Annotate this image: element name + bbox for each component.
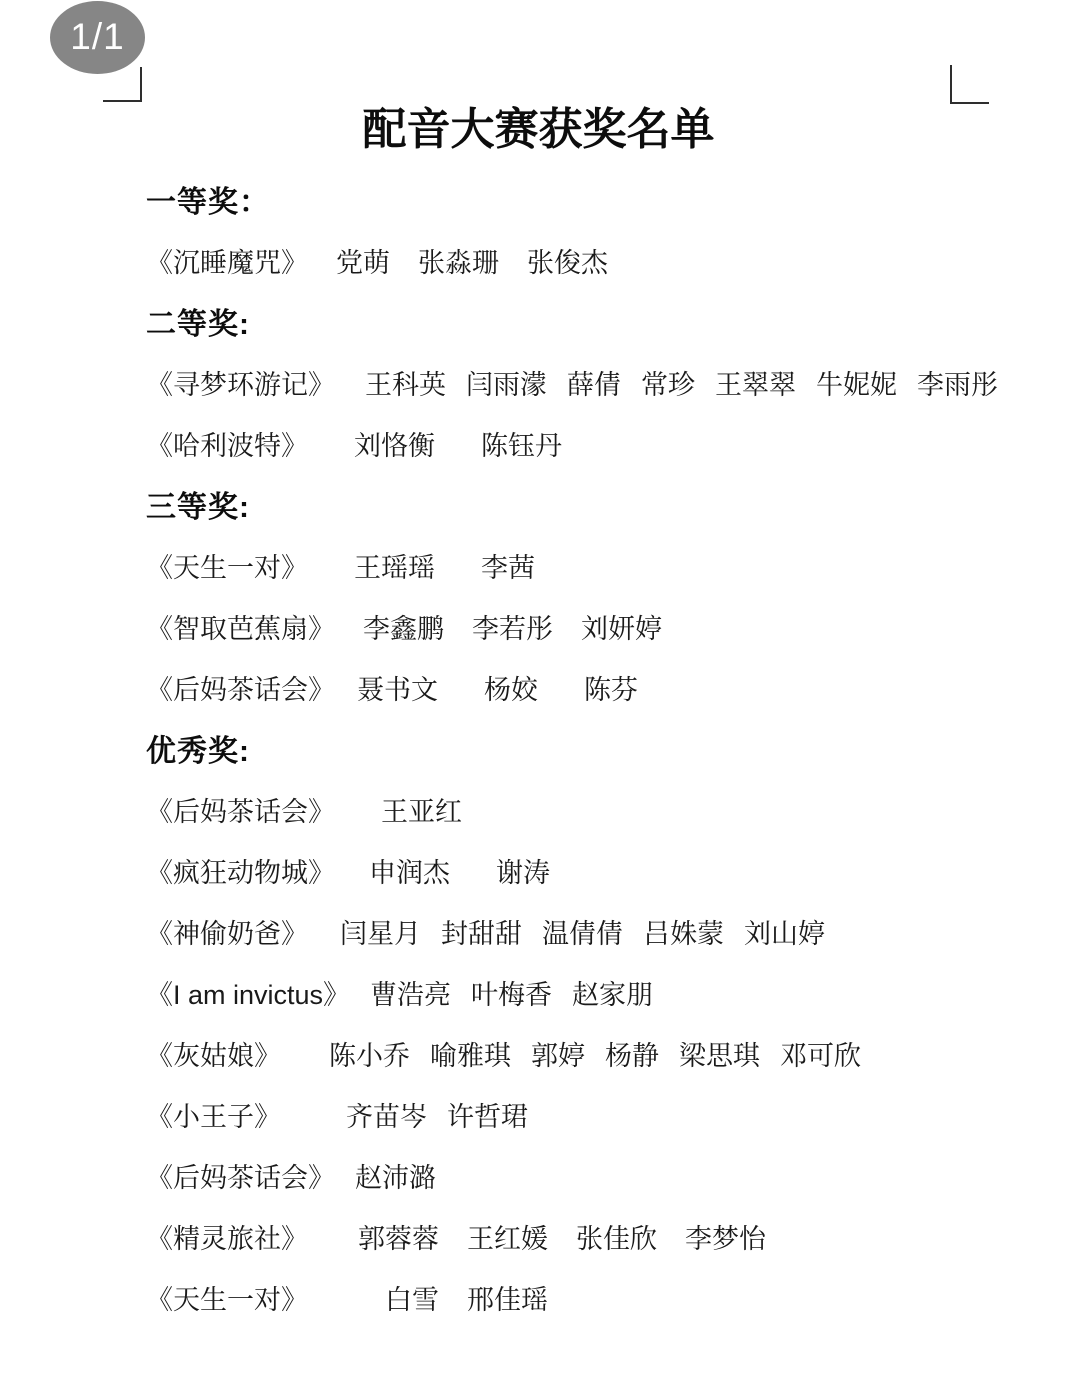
- award-row: 《沉睡魔咒》 党萌 张淼珊 张俊杰: [0, 242, 1077, 278]
- award-row: 《神偷奶爸》 闫星月 封甜甜 温倩倩 吕姝蒙 刘山婷: [0, 913, 1077, 949]
- film-title: 《沉睡魔咒》: [146, 241, 308, 280]
- winner-name: 闫星月: [340, 912, 421, 951]
- section-heading-third-prize: 三等奖:: [0, 486, 1077, 522]
- document-viewer: { "viewer": { "page_indicator": "1/1", "…: [0, 0, 1077, 1382]
- winner-name: 齐苗岑: [346, 1095, 427, 1134]
- award-row: 《后妈茶话会》 王亚红: [0, 791, 1077, 827]
- winner-name: 郭蓉蓉: [358, 1217, 439, 1256]
- film-title: 《精灵旅社》: [146, 1217, 308, 1256]
- winner-name: 刘妍婷: [581, 607, 662, 646]
- winner-name: 杨姣: [484, 668, 538, 707]
- award-row: 《I am invictus》 曹浩亮 叶梅香 赵家朋: [0, 974, 1077, 1010]
- award-row: 《天生一对》 白雪 邢佳瑶: [0, 1279, 1077, 1315]
- winner-name: 李梦怡: [685, 1217, 766, 1256]
- award-row: 《灰姑娘》 陈小乔 喻雅琪 郭婷 杨静 梁思琪 邓可欣: [0, 1035, 1077, 1071]
- section-heading-second-prize: 二等奖:: [0, 303, 1077, 339]
- film-title: 《天生一对》: [146, 546, 308, 585]
- award-row: 《精灵旅社》 郭蓉蓉 王红媛 张佳欣 李梦怡: [0, 1218, 1077, 1254]
- winner-name: 李鑫鹏: [363, 607, 444, 646]
- winner-name: 邢佳瑶: [467, 1278, 548, 1317]
- film-title: 《I am invictus》: [146, 973, 350, 1012]
- winner-name: 杨静: [605, 1034, 659, 1073]
- winner-name: 聂书文: [357, 668, 438, 707]
- winner-name: 王亚红: [381, 790, 462, 829]
- winner-name: 李茜: [481, 546, 535, 585]
- winner-name: 李若彤: [472, 607, 553, 646]
- winner-name: 牛妮妮: [816, 363, 897, 402]
- winner-name: 郭婷: [531, 1034, 585, 1073]
- award-row: 《疯狂动物城》 申润杰 谢涛: [0, 852, 1077, 888]
- award-row: 《哈利波特》 刘恪衡 陈钰丹: [0, 425, 1077, 461]
- winner-name: 赵家朋: [572, 973, 653, 1012]
- film-title: 《哈利波特》: [146, 424, 308, 463]
- award-row: 《后妈茶话会》 赵沛潞: [0, 1157, 1077, 1193]
- winner-name: 温倩倩: [542, 912, 623, 951]
- film-title: 《寻梦环游记》: [146, 363, 335, 402]
- page-indicator-label: 1/1: [70, 16, 124, 58]
- winner-name: 封甜甜: [441, 912, 522, 951]
- film-title: 《疯狂动物城》: [146, 851, 335, 890]
- award-row: 《智取芭蕉扇》 李鑫鹏 李若彤 刘妍婷: [0, 608, 1077, 644]
- winner-name: 张佳欣: [576, 1217, 657, 1256]
- film-title: 《后妈茶话会》: [146, 790, 335, 829]
- page-indicator-badge: 1/1: [50, 1, 145, 74]
- film-title: 《神偷奶爸》: [146, 912, 308, 951]
- winner-name: 张淼珊: [418, 241, 499, 280]
- film-title: 《后妈茶话会》: [146, 668, 335, 707]
- winner-name: 谢涛: [496, 851, 550, 890]
- document-title: 配音大赛获奖名单: [0, 104, 1077, 156]
- winner-name: 叶梅香: [471, 973, 552, 1012]
- winner-name: 常珍: [641, 363, 695, 402]
- section-heading-excellence-prize: 优秀奖:: [0, 730, 1077, 766]
- award-row: 《小王子》 齐苗岑 许哲珺: [0, 1096, 1077, 1132]
- winner-name: 党萌: [336, 241, 390, 280]
- winner-name: 申润杰: [369, 851, 450, 890]
- winner-name: 王瑶瑶: [354, 546, 435, 585]
- winner-name: 吕姝蒙: [643, 912, 724, 951]
- winner-name: 薛倩: [567, 363, 621, 402]
- winner-name: 李雨彤: [917, 363, 998, 402]
- winner-name: 陈小乔: [329, 1034, 410, 1073]
- film-title: 《灰姑娘》: [146, 1034, 281, 1073]
- winner-name: 许哲珺: [447, 1095, 528, 1134]
- winner-name: 王科英: [365, 363, 446, 402]
- film-title: 《天生一对》: [146, 1278, 308, 1317]
- winner-name: 刘恪衡: [354, 424, 435, 463]
- winner-name: 喻雅琪: [430, 1034, 511, 1073]
- film-title: 《小王子》: [146, 1095, 281, 1134]
- winner-name: 赵沛潞: [355, 1156, 436, 1195]
- winner-name: 闫雨濛: [466, 363, 547, 402]
- winner-name: 梁思琪: [679, 1034, 760, 1073]
- winner-name: 王翠翠: [715, 363, 796, 402]
- winner-name: 白雪: [385, 1278, 439, 1317]
- crop-corner-right-icon: [950, 65, 989, 104]
- winner-name: 王红媛: [467, 1217, 548, 1256]
- film-title: 《智取芭蕉扇》: [146, 607, 335, 646]
- award-row: 《天生一对》 王瑶瑶 李茜: [0, 547, 1077, 583]
- award-row: 《寻梦环游记》 王科英 闫雨濛 薛倩 常珍 王翠翠 牛妮妮 李雨彤: [0, 364, 1077, 400]
- winner-name: 张俊杰: [527, 241, 608, 280]
- award-row: 《后妈茶话会》 聂书文 杨姣 陈芬: [0, 669, 1077, 705]
- winner-name: 刘山婷: [744, 912, 825, 951]
- winner-name: 陈钰丹: [481, 424, 562, 463]
- document-page: 配音大赛获奖名单 一等奖： 《沉睡魔咒》 党萌 张淼珊 张俊杰 二等奖: 《寻梦…: [0, 104, 1077, 1315]
- winner-name: 邓可欣: [780, 1034, 861, 1073]
- winner-name: 陈芬: [584, 668, 638, 707]
- winner-name: 曹浩亮: [370, 973, 451, 1012]
- section-heading-first-prize: 一等奖：: [0, 181, 1077, 217]
- film-title: 《后妈茶话会》: [146, 1156, 335, 1195]
